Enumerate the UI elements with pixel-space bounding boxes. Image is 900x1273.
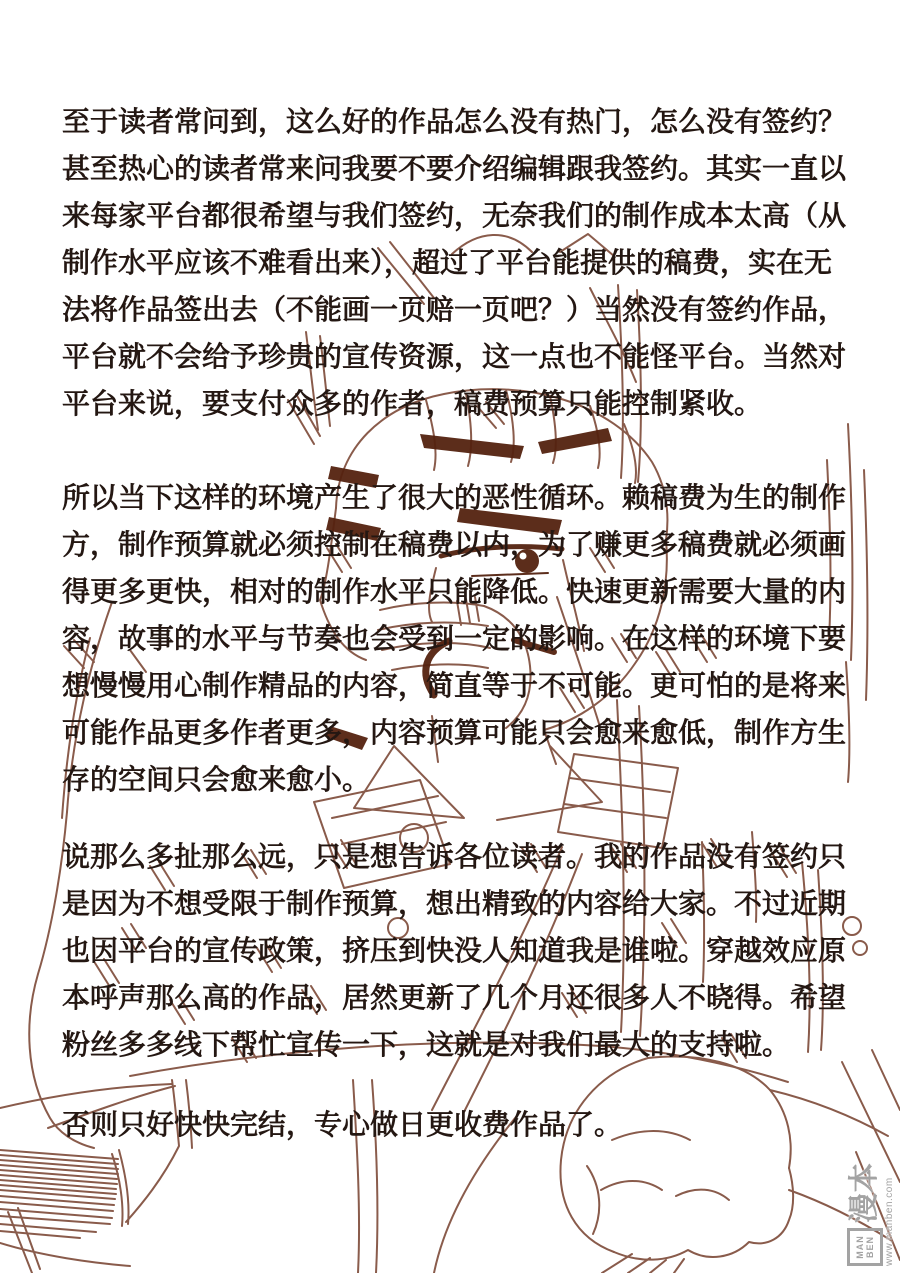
text-line: 想慢慢用心制作精品的内容，简直等于不可能。更可怕的是将来 bbox=[62, 662, 862, 709]
manben-url-text: www.manben.com bbox=[883, 1177, 897, 1266]
manben-logo-row: MAN BEN 漫本 bbox=[847, 1163, 883, 1266]
manben-logo-bottom: BEN bbox=[865, 1236, 875, 1258]
comic-text-page: 至于读者常问到，这么好的作品怎么没有热门，怎么没有签约？甚至热心的读者常来问我要… bbox=[0, 0, 900, 1273]
manben-logo-box: MAN BEN bbox=[847, 1228, 883, 1266]
text-line: 也因平台的宣传政策，挤压到快没人知道我是谁啦。穿越效应原 bbox=[62, 927, 862, 974]
text-line: 容，故事的水平与节奏也会受到一定的影响。在这样的环境下要 bbox=[62, 615, 862, 662]
text-line: 平台就不会给予珍贵的宣传资源，这一点也不能怪平台。当然对 bbox=[62, 333, 862, 380]
paragraph-3: 说那么多扯那么远，只是想告诉各位读者。我的作品没有签约只是因为不想受限于制作预算… bbox=[62, 833, 862, 1068]
text-line: 来每家平台都很希望与我们签约，无奈我们的制作成本太高（从 bbox=[62, 192, 862, 239]
text-line: 否则只好快快完结，专心做日更收费作品了。 bbox=[62, 1101, 862, 1148]
manben-watermark: MAN BEN 漫本 www.manben.com bbox=[847, 1142, 900, 1266]
text-line: 是因为不想受限于制作预算，想出精致的内容给大家。不过近期 bbox=[62, 880, 862, 927]
text-line: 所以当下这样的环境产生了很大的恶性循环。赖稿费为生的制作 bbox=[62, 474, 862, 521]
text-line: 平台来说，要支付众多的作者，稿费预算只能控制紧收。 bbox=[62, 380, 862, 427]
text-line: 方，制作预算就必须控制在稿费以内，为了赚更多稿费就必须画 bbox=[62, 521, 862, 568]
manben-brand-text: 漫本 bbox=[849, 1163, 881, 1223]
text-line: 得更多更快，相对的制作水平只能降低。快速更新需要大量的内 bbox=[62, 568, 862, 615]
paragraph-4: 否则只好快快完结，专心做日更收费作品了。 bbox=[62, 1101, 862, 1148]
paragraph-2: 所以当下这样的环境产生了很大的恶性循环。赖稿费为生的制作方，制作预算就必须控制在… bbox=[62, 474, 862, 803]
text-line: 说那么多扯那么远，只是想告诉各位读者。我的作品没有签约只 bbox=[62, 833, 862, 880]
manben-logo-top: MAN bbox=[855, 1235, 865, 1259]
text-line: 法将作品签出去（不能画一页赔一页吧？）当然没有签约作品， bbox=[62, 286, 862, 333]
text-line: 制作水平应该不难看出来），超过了平台能提供的稿费，实在无 bbox=[62, 239, 862, 286]
text-line: 本呼声那么高的作品，居然更新了几个月还很多人不晓得。希望 bbox=[62, 974, 862, 1021]
text-line: 至于读者常问到，这么好的作品怎么没有热门，怎么没有签约？ bbox=[62, 98, 862, 145]
text-line: 可能作品更多作者更多，内容预算可能只会愈来愈低，制作方生 bbox=[62, 709, 862, 756]
paragraph-1: 至于读者常问到，这么好的作品怎么没有热门，怎么没有签约？甚至热心的读者常来问我要… bbox=[62, 98, 862, 427]
text-line: 存的空间只会愈来愈小。 bbox=[62, 756, 862, 803]
text-line: 甚至热心的读者常来问我要不要介绍编辑跟我签约。其实一直以 bbox=[62, 145, 862, 192]
text-line: 粉丝多多线下帮忙宣传一下，这就是对我们最大的支持啦。 bbox=[62, 1021, 862, 1068]
